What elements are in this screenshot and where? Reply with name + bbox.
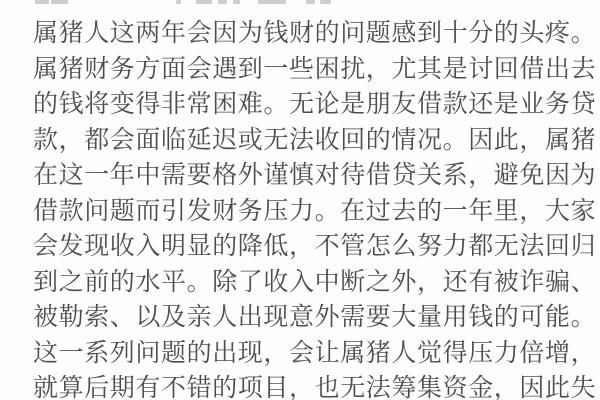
- text-line: 被勒索、以及亲人出现意外需要大量用钱的可能。: [33, 300, 578, 336]
- text-fragment: [320, 0, 331, 4]
- text-fragment: [258, 0, 286, 4]
- text-line: 借款问题而引发财务压力。在过去的一年里，大家: [33, 194, 578, 230]
- text-line: 这一系列问题的出现，会让属猪人觉得压力倍增，: [33, 336, 578, 372]
- text-fragment: [218, 0, 227, 4]
- text-fragment: [196, 0, 212, 4]
- text-fragment: [176, 0, 181, 4]
- text-line: 就算后期有不错的项目，也无法筹集资金，因此失: [33, 371, 578, 400]
- text-fragment: [306, 0, 315, 4]
- text-line: 在这一年中需要格外谨慎对待借贷关系，避免因为: [33, 158, 578, 194]
- text-fragment: [51, 0, 68, 4]
- text-line: 的钱将变得非常困难。无论是朋友借款还是业务贷: [33, 87, 578, 123]
- text-line: 属猪财务方面会遇到一些困扰，尤其是讨回借出去: [33, 52, 578, 88]
- text-line: 会发现收入明显的降低，不管怎么努力都无法回归: [33, 229, 578, 265]
- text-line: 属猪人这两年会因为钱财的问题感到十分的头疼。: [33, 16, 578, 52]
- article-text: 属猪人这两年会因为钱财的问题感到十分的头疼。属猪财务方面会遇到一些困扰，尤其是讨…: [33, 16, 578, 400]
- text-fragment: [233, 0, 240, 4]
- text-line: 款，都会面临延迟或无法收回的情况。因此，属猪: [33, 123, 578, 159]
- text-fragment: [35, 0, 49, 4]
- text-line: 到之前的水平。除了收入中断之外，还有被诈骗、: [33, 265, 578, 301]
- clipped-previous-line: [0, 0, 600, 6]
- page: { "page": { "background_color": "#fefefe…: [0, 0, 600, 400]
